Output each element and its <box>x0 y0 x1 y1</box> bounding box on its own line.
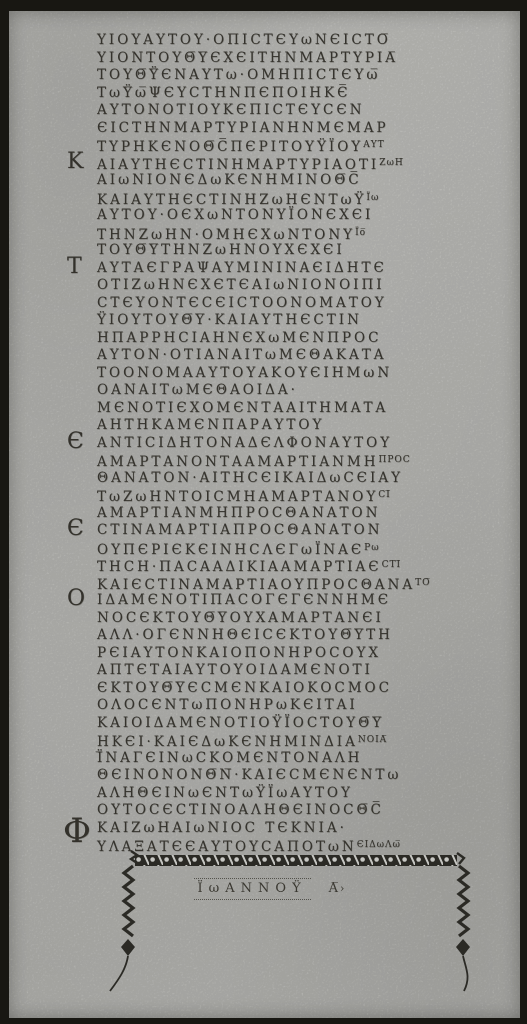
manuscript-photo: { "colors": { "ink": "#35332d", "parchme… <box>0 0 527 1024</box>
line-text: Ϊ̅ΝΑΓЄΙΝωCΚΟΜЄΝΤΟΝΑΛΗ <box>97 750 362 766</box>
manuscript-line: ΘЄΙΝΟΝΟΝΘ̅Ν̅·ΚΑΙЄCΜЄΝЄΝΤω <box>97 767 497 785</box>
manuscript-line: ΤΥΡΗΚЄΝΟΘ̅C̅ΠЄΡΙΤΟΥΫΪΟΥΑΥΤ̅ <box>97 137 497 155</box>
line-ending-compressed: Ρω <box>364 543 379 553</box>
line-text: ΑΥΤΑЄΓΡΑΨΑΥΜΙΝΙΝΑЄΙΔΗΤЄ <box>97 260 387 276</box>
manuscript-line: ΤΗCΗ·ΠΑCΑΑΔΙΚΙΑΑΜΑΡΤΙΑЄCΤΙ̅ <box>97 557 497 575</box>
coronis-ornament <box>79 843 499 1018</box>
line-text: ΡЄΙΑΥΤΟΝΚΑΙΟΠΟΝΗΡΟCΟΥΧ <box>97 645 381 661</box>
manuscript-line: ΑΥΤΟΥ·ΟЄΧωΝΤΟΝΥΪΟΝЄΧЄΙ <box>97 207 497 225</box>
manuscript-line: Ϊ̅ΝΑΓЄΙΝωCΚΟΜЄΝΤΟΝΑΛΗ <box>97 750 497 768</box>
line-text: CΤЄΥΟΝΤЄCЄΙCΤΟΟΝΟΜΑΤΟΥ <box>97 295 387 311</box>
line-text: ΥΙΟΥΑΥΤΟΥ·ΟΠΙCΤЄΥωΝЄΙCΤΟ̅ <box>97 32 391 48</box>
manuscript-line: ЄCΤΙΝΑΜΑΡΤΙΑΠΡΟCΘΑΝΑΤΟΝ <box>97 522 497 540</box>
line-text: ΑΠΤЄΤΑΙΑΥΤΟΥΟΙΔΑΜЄΝΟΤΙ <box>97 662 373 678</box>
versal-initial: Τ <box>67 258 82 276</box>
line-text: ΑΗΤΗΚΑΜЄΝΠΑΡΑΥΤΟΥ <box>97 417 324 433</box>
manuscript-text-column: ΥΙΟΥΑΥΤΟΥ·ΟΠΙCΤЄΥωΝЄΙCΤΟ̅ΥΙΟΝΤΟΥΘ̅Υ̅ЄΧЄΙ… <box>97 32 497 855</box>
line-text: ΟΤΙΖωΗΝЄΧЄΤЄΑΙωΝΙΟΝΟΙΠΙ <box>97 277 385 293</box>
braid-band <box>135 855 457 866</box>
line-text: ЄΙCΤΗΝΜΑΡΤΥΡΙΑΝΗΝΜЄΜΑΡ <box>97 120 389 136</box>
manuscript-line: ΤΑΥΤΑЄΓΡΑΨΑΥΜΙΝΙΝΑЄΙΔΗΤЄ <box>97 260 497 278</box>
line-text: ΑΥΤΟΝΟΤΙΟΥΚЄΠΙCΤЄΥCЄΝ <box>97 102 365 118</box>
manuscript-line: ΟΤΙΖωΗΝЄΧЄΤЄΑΙωΝΙΟΝΟΙΠΙ <box>97 277 497 295</box>
line-text: ΗΚЄΙ·ΚΑΙЄΔωΚЄΝΗΜΙΝΔΙΑ <box>97 734 358 750</box>
manuscript-line: ΚΑΙЄCΤΙΝΑΜΑΡΤΙΑΟΥΠΡΟCΘΑΝΑΤΟ̅ <box>97 575 497 593</box>
line-text: ΘΑΝΑΤΟΝ·ΑΙΤΗCЄΙΚΑΙΔωCЄΙΑΥ <box>97 470 403 486</box>
manuscript-line: ΚΑΙΑΥΤΗЄCΤΙΝΗΖωΗЄΝΤωΫΪω <box>97 190 497 208</box>
manuscript-line: ΤΟΥΘ̅Υ̅ΤΗΝΖωΗΝΟΥΧЄΧЄΙ <box>97 242 497 260</box>
manuscript-line: ΑΥΤΟΝ·ΟΤΙΑΝΑΙΤωΜЄΘΑΚΑΤΑ <box>97 347 497 365</box>
line-text: ΚΑΙΑΥΤΗЄCΤΙΝΗΖωΗЄΝΤωΫ <box>97 192 366 208</box>
line-text: ΤΗΝΖωΗΝ·ΟΜΗЄΧωΝΤΟΝΥ <box>97 227 355 243</box>
manuscript-line: ΥΙΟΝΤΟΥΘ̅Υ̅ЄΧЄΙΤΗΝΜΑΡΤΥΡΙΑ̅ <box>97 50 497 68</box>
manuscript-line: ΤωΖωΗΝΤΟΙCΜΗΑΜΑΡΤΑΝΟΥCΙ̅ <box>97 487 497 505</box>
line-ending-compressed: Ϊω <box>366 193 379 203</box>
manuscript-line: ΤωΫ̅ω̅ΨЄΥCΤΗΝΠЄΠΟΙΗΚЄ̅ <box>97 85 497 103</box>
line-text: ΑΙΑΥΤΗЄCΤΙΝΗΜΑΡΤΥΡΙΑΟΤΙ <box>97 157 379 173</box>
line-ending-compressed: ΠΡΟC <box>379 455 411 465</box>
line-text: ΟΥΤΟCЄCΤΙΝΟΑΛΗΘЄΙΝΟCΘ̅C̅ <box>97 802 384 818</box>
manuscript-line: ΑΜΑΡΤΑΝΟΝΤΑΑΜΑΡΤΙΑΝΜΗΠΡΟC <box>97 452 497 470</box>
line-text: ΫΙΟΥΤΟΥΘ̅Υ̅·ΚΑΙΑΥΤΗЄCΤΙΝ <box>97 312 362 328</box>
line-ending-compressed: ΖωΗ̅ <box>379 158 403 168</box>
line-ending-compressed: ΑΥΤ̅ <box>363 140 384 150</box>
manuscript-line: ΥΙΟΥΑΥΤΟΥ·ΟΠΙCΤЄΥωΝЄΙCΤΟ̅ <box>97 32 497 50</box>
line-text: ΚΑΙΖωΗΑΙωΝΙΟC ΤЄΚΝΙΑ· <box>97 820 347 836</box>
manuscript-line: ΡЄΙΑΥΤΟΝΚΑΙΟΠΟΝΗΡΟCΟΥΧ <box>97 645 497 663</box>
manuscript-line: CΤЄΥΟΝΤЄCЄΙCΤΟΟΝΟΜΑΤΟΥ <box>97 295 497 313</box>
manuscript-line: ΑΜΑΡΤΙΑΝΜΗΠΡΟCΘΑΝΑΤΟΝ <box>97 505 497 523</box>
manuscript-line: ΑΛΗΘЄΙΝωЄΝΤωΫΪωΑΥΤΟΥ <box>97 785 497 803</box>
numeral-flourish: › <box>340 882 344 895</box>
line-text: ΟΛΟCЄΝΤωΠΟΝΗΡωΚЄΙΤΑΙ <box>97 697 358 713</box>
subscription: ΪωΑΝΝΟΫΑ̅› <box>129 877 409 896</box>
line-text: ΟΑΝΑΙΤωΜЄΘΑΟΙΔΑ· <box>97 382 298 398</box>
manuscript-line: ΟΥΤΟCЄCΤΙΝΟΑΛΗΘЄΙΝΟCΘ̅C̅ <box>97 802 497 820</box>
line-text: ΘЄΙΝΟΝΟΝΘ̅Ν̅·ΚΑΙЄCΜЄΝЄΝΤω <box>97 767 401 783</box>
line-text: ΑΥΤΟΥ·ΟЄΧωΝΤΟΝΥΪΟΝЄΧЄΙ <box>97 207 373 223</box>
line-text: ΤΟΟΝΟΜΑΑΥΤΟΥΑΚΟΥЄΙΗΜωΝ <box>97 365 392 381</box>
line-text: ΤωΖωΗΝΤΟΙCΜΗΑΜΑΡΤΑΝΟΥ <box>97 489 378 505</box>
line-text: ΑΙωΝΙΟΝЄΔωΚЄΝΗΜΙΝΟΘ̅C̅ <box>97 172 362 188</box>
manuscript-line: ΤΟΥΘ̅Ϋ̅ЄΝΑΥΤω·ΟΜΗΠΙCΤЄΥω̅ <box>97 67 497 85</box>
manuscript-line: ΚΑΙΑΥΤΗЄCΤΙΝΗΜΑΡΤΥΡΙΑΟΤΙΖωΗ̅ <box>97 155 497 173</box>
manuscript-line: ΟΙΔΑΜЄΝΟΤΙΠΑCΟΓЄΓЄΝΝΗΜЄ <box>97 592 497 610</box>
manuscript-line: ΑΠΤЄΤΑΙΑΥΤΟΥΟΙΔΑΜЄΝΟΤΙ <box>97 662 497 680</box>
manuscript-line: ΫΙΟΥΤΟΥΘ̅Υ̅·ΚΑΙΑΥΤΗЄCΤΙΝ <box>97 312 497 330</box>
line-text: ΑΜΑΡΤΑΝΟΝΤΑΑΜΑΡΤΙΑΝΜΗ <box>97 454 379 470</box>
manuscript-line: ΝΟCЄΚΤΟΥΘ̅Υ̅ΟΥΧΑΜΑΡΤΑΝЄΙ <box>97 610 497 628</box>
book-numeral: Α̅ <box>329 881 340 896</box>
manuscript-line: ΗΠΑΡΡΗCΙΑΗΝЄΧωΜЄΝΠΡΟC <box>97 330 497 348</box>
versal-initial: Є <box>67 433 84 451</box>
line-text: ΥΙΟΝΤΟΥΘ̅Υ̅ЄΧЄΙΤΗΝΜΑΡΤΥΡΙΑ̅ <box>97 50 398 66</box>
versal-initial: Є <box>67 520 84 538</box>
line-text: ЄΚΤΟΥΘ̅Υ̅ЄCΜЄΝΚΑΙΟΚΟCΜΟC <box>97 680 392 696</box>
manuscript-line: ΟΥΠЄΡΙЄΚЄΙΝΗCΛЄΓωΪΝΑЄΡω <box>97 540 497 558</box>
versal-initial: Φ <box>63 823 91 841</box>
line-ending-compressed: CΤΙ̅ <box>382 560 401 570</box>
subscription-title: ΪωΑΝΝΟΫ <box>194 878 311 900</box>
line-text: ΟΥΠЄΡΙЄΚЄΙΝΗCΛЄΓωΪΝΑЄ <box>97 542 364 558</box>
right-zigzag-ornament <box>456 866 470 991</box>
manuscript-line: ΤΗΝΖωΗΝ·ΟΜΗЄΧωΝΤΟΝΥΪο̅ <box>97 225 497 243</box>
line-text: ΗΠΑΡΡΗCΙΑΗΝЄΧωΜЄΝΠΡΟC <box>97 330 381 346</box>
manuscript-line: ΑΗΤΗΚΑΜЄΝΠΑΡΑΥΤΟΥ <box>97 417 497 435</box>
line-ending-compressed: ΤΟ̅ <box>415 578 430 588</box>
line-ending-compressed: ΝΟΙΑ̅ <box>358 735 387 745</box>
manuscript-line: ЄΙCΤΗΝΜΑΡΤΥΡΙΑΝΗΝΜЄΜΑΡ <box>97 120 497 138</box>
line-ending-compressed: CΙ̅ <box>378 490 390 500</box>
manuscript-line: ΟΛΟCЄΝΤωΠΟΝΗΡωΚЄΙΤΑΙ <box>97 697 497 715</box>
manuscript-line: ΜЄΝΟΤΙЄΧΟΜЄΝΤΑΑΙΤΗΜΑΤΑ <box>97 400 497 418</box>
manuscript-line: ΟΑΝΑΙΤωΜЄΘΑΟΙΔΑ· <box>97 382 497 400</box>
versal-initial: Κ <box>67 153 83 171</box>
manuscript-line: ΤΟΟΝΟΜΑΑΥΤΟΥΑΚΟΥЄΙΗΜωΝ <box>97 365 497 383</box>
manuscript-line: ЄΑΝΤΙCΙΔΗΤΟΝΑΔЄΛΦΟΝΑΥΤΟΥ <box>97 435 497 453</box>
line-text: ΑΜΑΡΤΙΑΝΜΗΠΡΟCΘΑΝΑΤΟΝ <box>97 505 380 521</box>
manuscript-line: ЄΚΤΟΥΘ̅Υ̅ЄCΜЄΝΚΑΙΟΚΟCΜΟC <box>97 680 497 698</box>
line-text: ΙΔΑΜЄΝΟΤΙΠΑCΟΓЄΓЄΝΝΗΜЄ <box>97 592 391 608</box>
line-text: ΤΟΥΘ̅Ϋ̅ЄΝΑΥΤω·ΟΜΗΠΙCΤЄΥω̅ <box>97 67 380 83</box>
manuscript-line: ΚΑΙΖωΗΑΙωΝΙΟC ΤЄΚΝΙΑ· <box>97 820 497 838</box>
line-text: ΑΛΛ·ΟΓЄΝΝΗΘЄΙCЄΚΤΟΥΘ̅Υ̅ΤΗ <box>97 627 393 643</box>
manuscript-line: ΑΙωΝΙΟΝЄΔωΚЄΝΗΜΙΝΟΘ̅C̅ <box>97 172 497 190</box>
manuscript-page: ΥΙΟΥΑΥΤΟΥ·ΟΠΙCΤЄΥωΝЄΙCΤΟ̅ΥΙΟΝΤΟΥΘ̅Υ̅ЄΧЄΙ… <box>9 11 520 1018</box>
manuscript-line: ΑΥΤΟΝΟΤΙΟΥΚЄΠΙCΤЄΥCЄΝ <box>97 102 497 120</box>
line-text: ΚΑΙЄCΤΙΝΑΜΑΡΤΙΑΟΥΠΡΟCΘΑΝΑ <box>97 577 415 593</box>
manuscript-line: ΚΑΙΟΙΔΑΜЄΝΟΤΙΟΫΪΟCΤΟΥΘ̅Υ̅ <box>97 715 497 733</box>
line-text: ΤΗCΗ·ΠΑCΑΑΔΙΚΙΑΑΜΑΡΤΙΑЄ <box>97 559 382 575</box>
line-text: ΑΛΗΘЄΙΝωЄΝΤωΫΪωΑΥΤΟΥ <box>97 785 353 801</box>
manuscript-line: ΗΚЄΙ·ΚΑΙЄΔωΚЄΝΗΜΙΝΔΙΑΝΟΙΑ̅ <box>97 732 497 750</box>
line-ending-compressed: Ϊο̅ <box>355 228 366 238</box>
line-text: ΤΥΡΗΚЄΝΟΘ̅C̅ΠЄΡΙΤΟΥΫΪΟΥ <box>97 139 363 155</box>
line-text: ΤΟΥΘ̅Υ̅ΤΗΝΖωΗΝΟΥΧЄΧЄΙ <box>97 242 345 258</box>
line-text: ΑΝΤΙCΙΔΗΤΟΝΑΔЄΛΦΟΝΑΥΤΟΥ <box>97 435 392 451</box>
manuscript-line: ΑΛΛ·ΟΓЄΝΝΗΘЄΙCЄΚΤΟΥΘ̅Υ̅ΤΗ <box>97 627 497 645</box>
versal-initial: Ο <box>67 590 85 608</box>
line-text: ΜЄΝΟΤΙЄΧΟΜЄΝΤΑΑΙΤΗΜΑΤΑ <box>97 400 388 416</box>
line-text: ΚΑΙΟΙΔΑΜЄΝΟΤΙΟΫΪΟCΤΟΥΘ̅Υ̅ <box>97 715 384 731</box>
line-text: ΑΥΤΟΝ·ΟΤΙΑΝΑΙΤωΜЄΘΑΚΑΤΑ <box>97 347 386 363</box>
line-text: ΤωΫ̅ω̅ΨЄΥCΤΗΝΠЄΠΟΙΗΚЄ̅ <box>97 85 350 101</box>
line-text: CΤΙΝΑΜΑΡΤΙΑΠΡΟCΘΑΝΑΤΟΝ <box>97 522 383 538</box>
manuscript-line: ΘΑΝΑΤΟΝ·ΑΙΤΗCЄΙΚΑΙΔωCЄΙΑΥ <box>97 470 497 488</box>
line-text: ΝΟCЄΚΤΟΥΘ̅Υ̅ΟΥΧΑΜΑΡΤΑΝЄΙ <box>97 610 384 626</box>
